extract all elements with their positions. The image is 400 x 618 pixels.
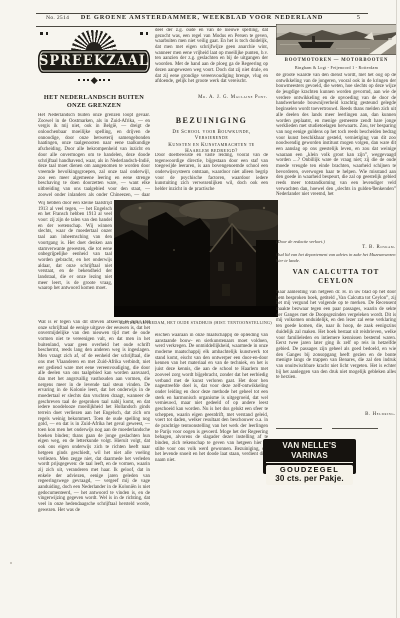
article2-body-right: de groote waarde van den dienst wordt, m…: [276, 73, 396, 237]
article1-body-c: Wat is er tegen van dit streven afkeerig…: [38, 320, 150, 554]
motorboat-photo: [276, 24, 397, 55]
article2-title: BEZUINIGING: [155, 116, 268, 125]
article1-body-b: Wij hebben door een kleine taalstrijd 19…: [38, 201, 112, 315]
article2-body-intro: Door doelbewuste en vaste leiding, voora…: [155, 153, 268, 198]
article1-title: HET NEDERLANDSCH BUITEN ONZE GRENZEN: [38, 94, 150, 110]
van-nelle-ad-product: GOUDZEGEL: [266, 466, 353, 475]
article1-body-continued: deel der z.g. oude en van de nieuwe spel…: [155, 28, 268, 91]
spreekzaal-banner: SPREEKZAAL: [38, 29, 150, 91]
newspaper-page: No. 2514 DE GROENE AMSTERDAMMER, WEEKBLA…: [0, 0, 400, 618]
article3-title: VAN CALCUTTA TOT CEYLON: [276, 268, 396, 286]
article3-signature: B. Heldring.: [276, 412, 396, 417]
note-signature: T. B. Roskam.: [276, 245, 396, 250]
article3-title-line2: CEYLON: [276, 277, 396, 286]
article1-title-line1: HET NEDERLANDSCH BUITEN: [38, 94, 150, 102]
diamond-ornament-row: [38, 78, 150, 83]
article3-body: Naar aanleiding van hetgeen dr. H. in uw…: [276, 290, 396, 410]
article1-signature: Mr. A. J. G. Maclaine Pont.: [155, 95, 268, 100]
van-nelle-ad: VAN NELLE'S VARINAS GOUDZEGEL 30 cts. pe…: [263, 439, 356, 474]
motor-ad-title: BOOTMOTOREN — MOTORBOOTEN: [276, 58, 397, 63]
van-nelle-ad-panel: GOUDZEGEL 30 cts. per Pakje.: [266, 465, 353, 485]
banner-title: SPREEKZAAL: [39, 54, 149, 70]
masthead-title: DE GROENE AMSTERDAMMER, WEEKBLAD VOOR NE…: [36, 14, 368, 21]
banner-corner-ornament-right: [140, 32, 148, 35]
stadhuis-photo-caption: PIETER SAENREDAM, HET OUDE STADHUIS (HIS…: [114, 320, 278, 325]
article1-title-line2: ONZE GRENZEN: [38, 102, 150, 110]
scan-speck: [388, 38, 392, 40]
motor-ad-address: Bingham & Logt - Feijenoord 1 - Rotterda…: [276, 65, 397, 70]
scan-speck: [372, 186, 374, 188]
banner-ribbon: SPREEKZAAL: [38, 50, 150, 73]
divider-rule-right: [332, 428, 378, 429]
scan-speck: [10, 562, 12, 564]
van-nelle-ad-brand: VAN NELLE'S VARINAS: [266, 441, 353, 463]
stadhuis-photo: [114, 200, 278, 317]
note-membership: Oud lid van het departement van advies i…: [276, 252, 396, 263]
banner-corner-ornament-left: [40, 32, 48, 35]
article3-title-line1: VAN CALCUTTA TOT: [276, 268, 396, 277]
article2-subtitle: De School voor Bouwkunde, Versierende Ku…: [155, 130, 268, 156]
page-edge-line: [396, 0, 397, 618]
page-number: 5: [357, 14, 360, 21]
article2-body-continued: eischen waaraan in onze maatschappij de …: [155, 333, 268, 493]
article2-subtitle-line1: De School voor Bouwkunde, Versierende: [155, 130, 268, 143]
article1-body-a: Het Nederlandsch buiten onze grenzen loo…: [38, 113, 150, 198]
editor-note: (Door de redactie verkort.): [276, 239, 396, 245]
divider-rule-left: [276, 428, 322, 429]
van-nelle-ad-price: 30 cts. per Pakje.: [266, 474, 353, 483]
